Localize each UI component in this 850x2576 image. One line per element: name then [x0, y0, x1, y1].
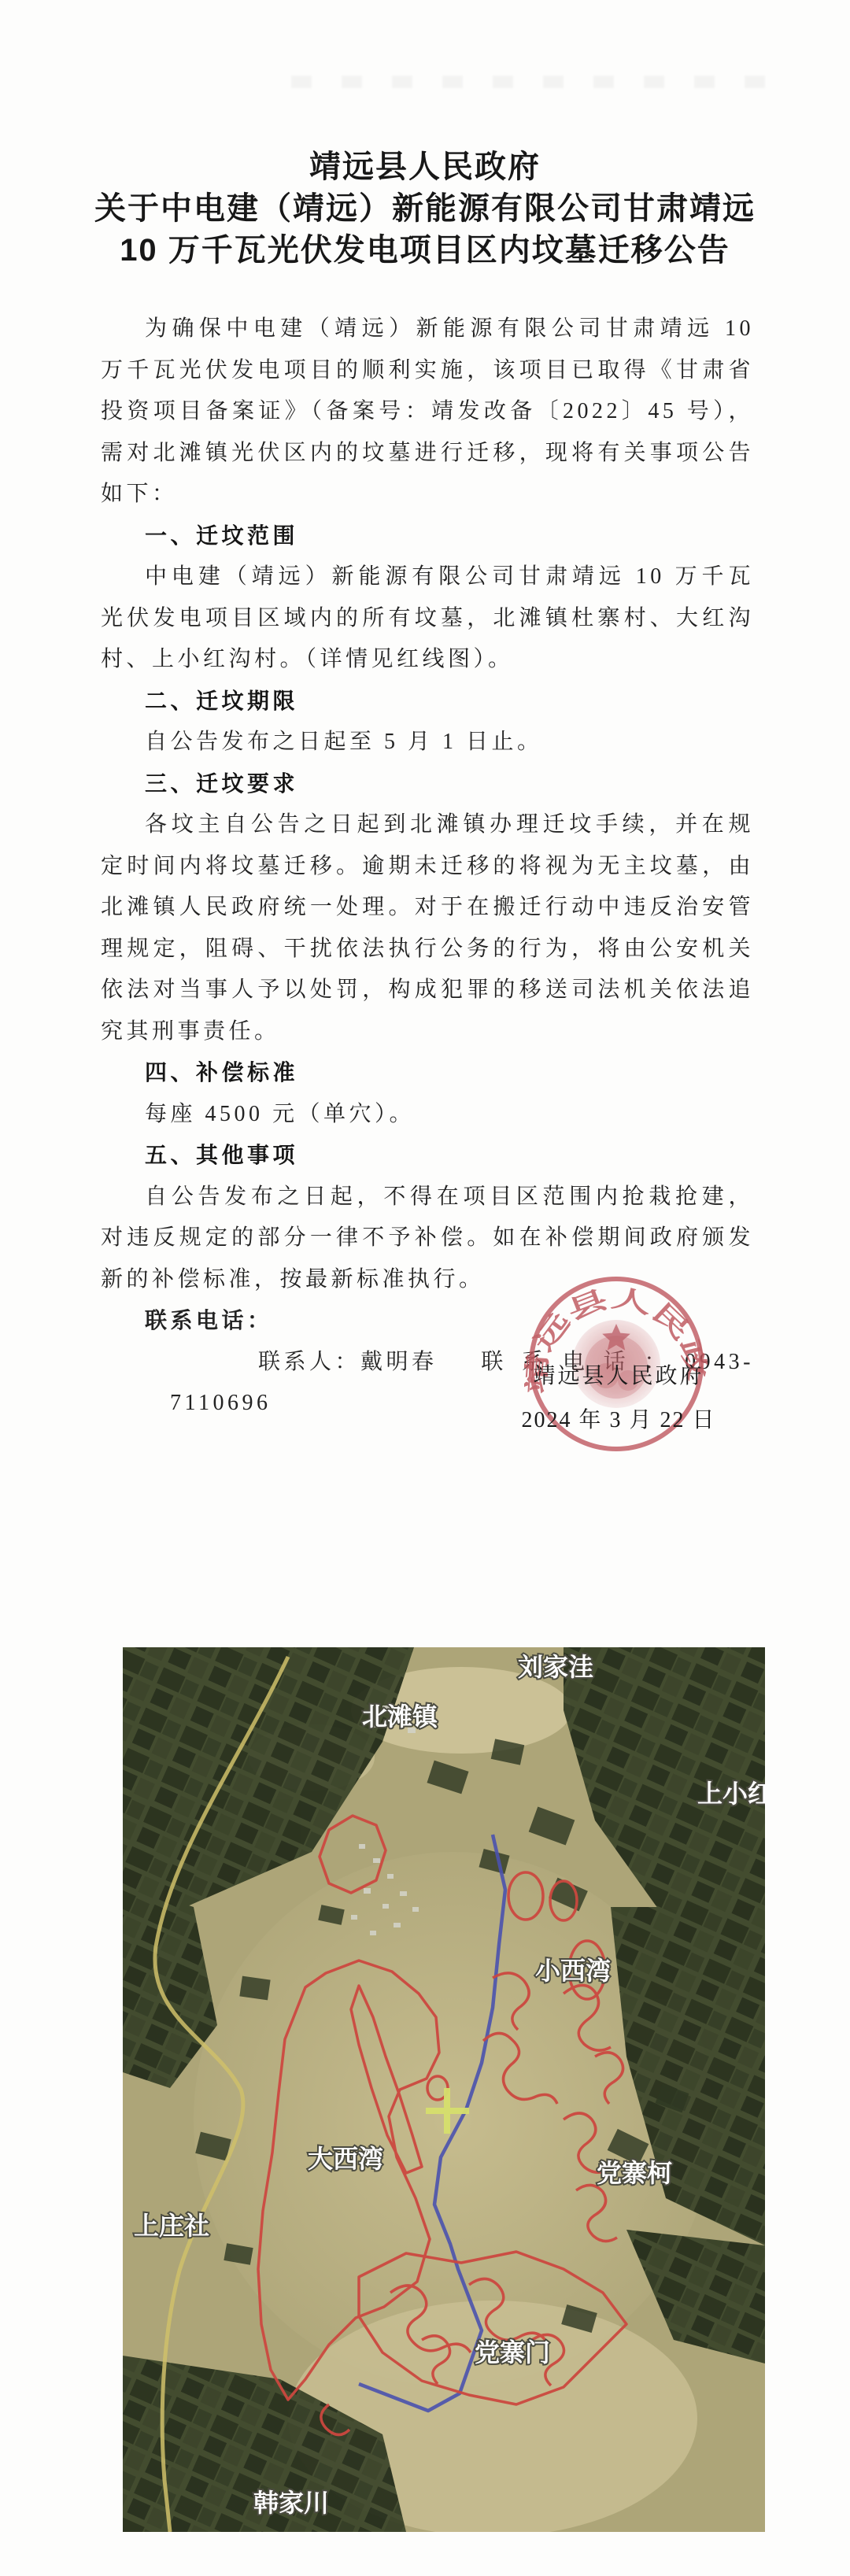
map-label-liujiawa: 刘家洼 — [518, 1653, 593, 1681]
map-label-beitanzhen: 北滩镇 — [362, 1702, 439, 1731]
red-line-map: 刘家洼 北滩镇 上小红 小西湾 大西湾 党寨柯 上庄社 党寨门 韩家川 — [123, 1647, 765, 2532]
map-label-shangxiaohong: 上小红 — [697, 1780, 765, 1808]
title-line-subject2: 10 万千瓦光伏发电项目区内坟墓迁移公告 — [0, 230, 850, 272]
map-label-dangzhaimen: 党寨门 — [475, 2338, 550, 2367]
document-body: 为确保中电建（靖远）新能源有限公司甘肃靖远 10 万千瓦光伏发电项目的顺利实施，… — [101, 309, 754, 1425]
section-4-body: 每座 4500 元（单穴）。 — [101, 1094, 754, 1136]
document-title: 靖远县人民政府 关于中电建（靖远）新能源有限公司甘肃靖远 10 万千瓦光伏发电项… — [0, 146, 850, 272]
signature-date: 2024 年 3 月 22 日 — [501, 1403, 737, 1434]
scan-artifact — [291, 76, 795, 88]
map-label-dangzhaike: 党寨柯 — [597, 2159, 672, 2187]
map-label-daxiwan: 大西湾 — [308, 2145, 383, 2173]
signature-authority: 靖远县人民政府 — [501, 1358, 737, 1390]
title-line-subject: 关于中电建（靖远）新能源有限公司甘肃靖远 — [0, 188, 850, 230]
section-4-heading: 四、补偿标准 — [101, 1052, 754, 1094]
section-1-heading: 一、迁坟范围 — [101, 516, 754, 557]
section-3-heading: 三、迁坟要求 — [101, 763, 754, 805]
intro-paragraph: 为确保中电建（靖远）新能源有限公司甘肃靖远 10 万千瓦光伏发电项目的顺利实施，… — [101, 309, 754, 516]
section-3-body: 各坟主自公告之日起到北滩镇办理迁坟手续，并在规定时间内将坟墓迁移。逾期未迁移的将… — [101, 804, 754, 1052]
contact-person: 联系人：戴明春 — [214, 1342, 466, 1384]
section-2-body: 自公告发布之日起至 5 月 1 日止。 — [101, 722, 754, 763]
title-line-authority: 靖远县人民政府 — [0, 146, 850, 188]
satellite-map-image: 刘家洼 北滩镇 上小红 小西湾 大西湾 党寨柯 上庄社 党寨门 韩家川 — [123, 1647, 765, 2532]
section-5-heading: 五、其他事项 — [101, 1135, 754, 1177]
map-label-shangzhuangshe: 上庄社 — [134, 2212, 209, 2240]
section-1-body: 中电建（靖远）新能源有限公司甘肃靖远 10 万千瓦光伏发电项目区域内的所有坟墓，… — [101, 556, 754, 681]
map-label-hanjiachuan: 韩家川 — [253, 2489, 329, 2517]
section-2-heading: 二、迁坟期限 — [101, 681, 754, 723]
map-label-xiaoxiwan: 小西湾 — [535, 1957, 611, 1985]
